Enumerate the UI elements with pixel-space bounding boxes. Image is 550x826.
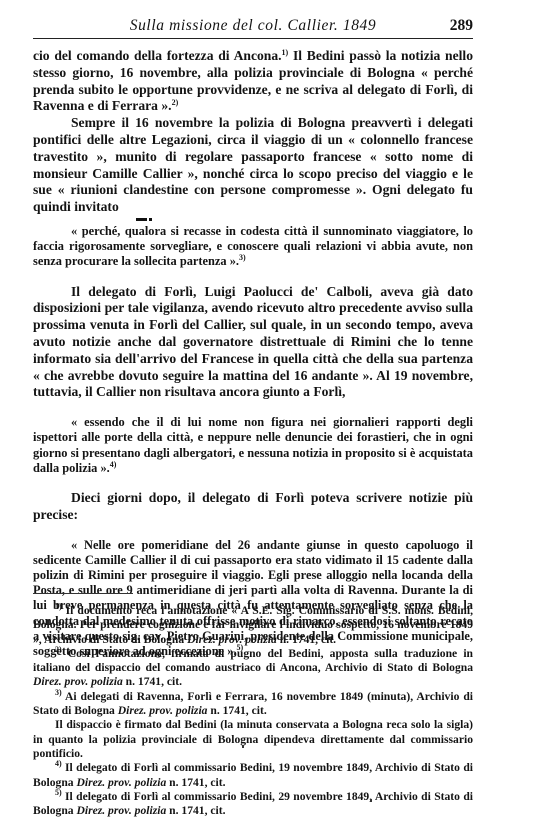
footnote-text: n. 1741, cit.	[207, 704, 266, 717]
footnote-source: Direz. prov. polizia	[118, 704, 208, 717]
footnote-number: 2)	[55, 645, 62, 654]
footnote-ref-3[interactable]: 3)	[239, 253, 246, 262]
running-head-title: Sulla missione del col. Callier. 1849	[33, 17, 473, 35]
quote-text: « perché, qualora si recasse in codesta …	[33, 224, 473, 268]
typographic-mark	[136, 216, 473, 224]
speck	[370, 799, 372, 802]
footnote-text: Così l'annotazione, firmata di pugno del…	[33, 647, 473, 674]
paragraph-1: cio del comando della fortezza di Ancona…	[33, 48, 473, 115]
footnote-number: 1)	[55, 602, 62, 611]
footnote-source: Direz. prov. polizia	[33, 675, 123, 688]
footnote-text: n. 1741, cit.	[277, 633, 336, 646]
paragraph-3: Il delegato di Forlì, Luigi Paolucci de'…	[33, 284, 473, 402]
paragraph-4: Dieci giorni dopo, il delegato di Forlì …	[33, 490, 473, 524]
footnote-text: n. 1741, cit.	[166, 776, 225, 789]
paragraph-2: Sempre il 16 novembre la polizia di Bolo…	[33, 115, 473, 216]
speck	[242, 745, 244, 748]
footnote-2: 2) Così l'annotazione, firmata di pugno …	[33, 647, 473, 690]
quote-text: « essendo che il di lui nome non figura …	[33, 415, 473, 475]
footnote-ref-2[interactable]: 2)	[172, 98, 179, 107]
footnote-3-continued: Il dispaccio è firmato dal Bedini (la mi…	[33, 718, 473, 761]
footnote-5: 5) Il delegato di Forlì al commissario B…	[33, 790, 473, 819]
quote-1: « perché, qualora si recasse in codesta …	[33, 224, 473, 270]
footnote-4: 4) Il delegato di Forlì al commissario B…	[33, 761, 473, 790]
footnote-source: Direz. prov. polizia	[187, 633, 277, 646]
footnote-number: 3)	[55, 688, 62, 697]
page-number: 289	[450, 17, 473, 35]
footnote-ref-4[interactable]: 4)	[110, 460, 117, 469]
footnote-number: 5)	[55, 788, 62, 797]
footnote-3: 3) Ai delegati di Ravenna, Forlì e Ferra…	[33, 690, 473, 719]
quote-2: « essendo che il di lui nome non figura …	[33, 415, 473, 476]
footnote-number: 4)	[55, 759, 62, 768]
footnotes: 1) Il documento reca l'annotazione « A S…	[33, 604, 473, 818]
footnote-text: n. 1741, cit.	[123, 675, 182, 688]
footnote-source: Direz. prov. polizia	[77, 804, 167, 817]
paragraph-text: cio del comando della fortezza di Ancona…	[33, 48, 282, 63]
footnote-source: Direz. prov. polizia	[77, 776, 167, 789]
header-rule	[33, 38, 473, 39]
running-head: Sulla missione del col. Callier. 1849 28…	[33, 17, 473, 37]
footnote-text: Il dispaccio è firmato dal Bedini (la mi…	[33, 718, 473, 760]
footnote-1: 1) Il documento reca l'annotazione « A S…	[33, 604, 473, 647]
main-text: cio del comando della fortezza di Ancona…	[33, 48, 473, 659]
footnote-rule	[33, 593, 133, 594]
footnote-text: n. 1741, cit.	[166, 804, 225, 817]
